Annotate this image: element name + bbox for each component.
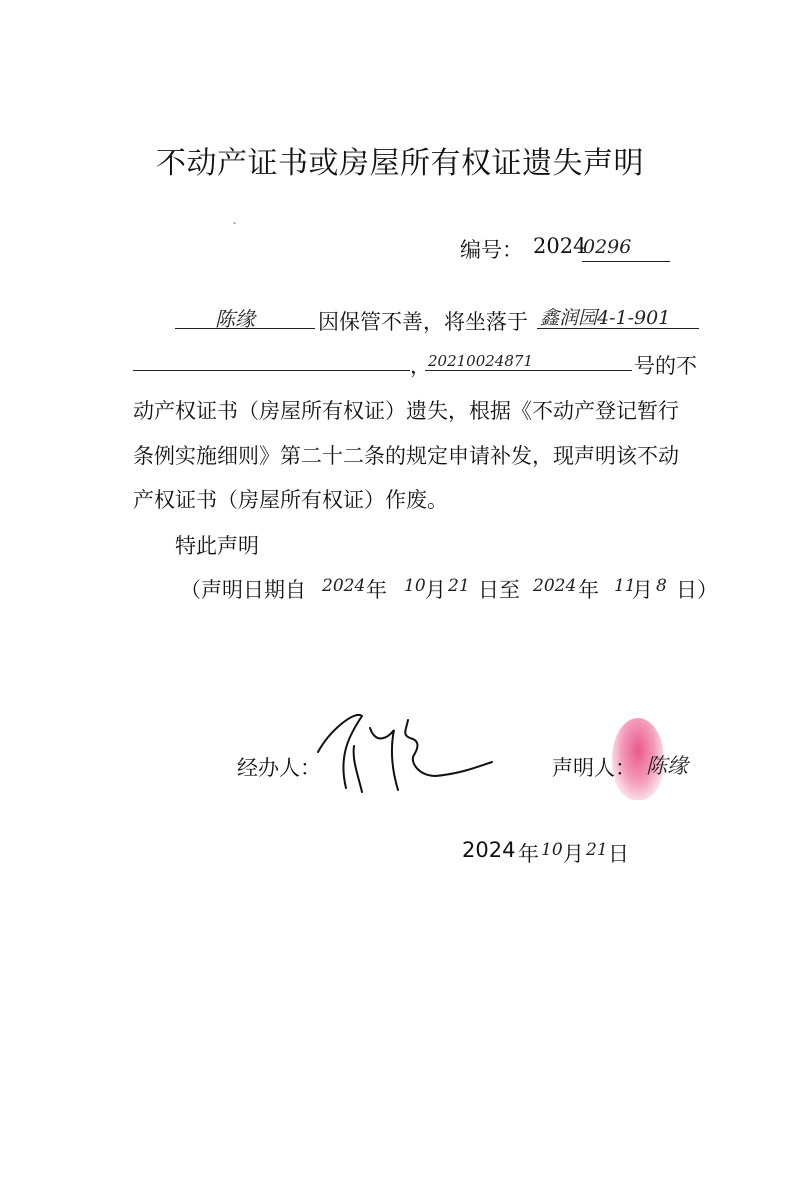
period-close: 日）	[676, 574, 718, 604]
period-year-char-1: 年	[366, 574, 387, 604]
cert-no-handwritten: 20210024871	[428, 352, 533, 370]
paragraph-line1: 因保管不善，将坐落于	[318, 306, 528, 336]
document-title: 不动产证书或房屋所有权证遗失声明	[0, 138, 800, 182]
period-start-year: 2024	[322, 576, 365, 596]
date-year-char: 年	[518, 838, 539, 868]
period-day-to: 日至	[478, 574, 520, 604]
cert-no-underline	[425, 370, 632, 371]
date-year: 2024	[462, 838, 515, 862]
paragraph-line3: 动产权证书（房屋所有权证）遗失，根据《不动产登记暂行	[133, 395, 679, 425]
serial-label: 编号：	[460, 234, 523, 264]
paragraph-line4: 条例实施细则》第二十二条的规定申请补发，现声明该不动	[133, 440, 679, 470]
closing-statement: 特此声明	[175, 530, 259, 560]
period-start-month: 10	[404, 576, 426, 596]
date-day: 21	[586, 840, 608, 860]
declarant-handwritten: 陈缘	[215, 303, 255, 332]
date-day-char: 日	[608, 838, 629, 868]
handler-label: 经办人：	[237, 752, 321, 782]
serial-printed-prefix: 2024	[533, 234, 586, 258]
period-end-year: 2024	[533, 576, 576, 596]
period-open: （声明日期自	[180, 574, 306, 604]
date-month: 10	[541, 840, 563, 860]
date-month-char: 月	[563, 838, 584, 868]
paragraph-line2-end: 号的不	[634, 350, 697, 380]
period-year-char-2: 年	[578, 574, 599, 604]
serial-underline	[582, 261, 670, 262]
period-month-char-1: 月	[425, 574, 446, 604]
declarant-signature: 陈缘	[646, 750, 688, 780]
period-month-char-2: 月	[632, 574, 653, 604]
stray-mark: ˇ	[232, 222, 237, 233]
location-handwritten: 鑫润园4-1-901	[540, 303, 670, 330]
location-underline-cont	[133, 370, 410, 371]
period-start-day: 21	[448, 576, 470, 596]
serial-handwritten-suffix: 0296	[583, 236, 631, 258]
handler-signature-icon	[310, 700, 500, 800]
period-end-day: 8	[656, 576, 667, 596]
declarant-label: 声明人：	[552, 752, 636, 782]
paragraph-line5: 产权证书（房屋所有权证）作废。	[133, 484, 448, 514]
